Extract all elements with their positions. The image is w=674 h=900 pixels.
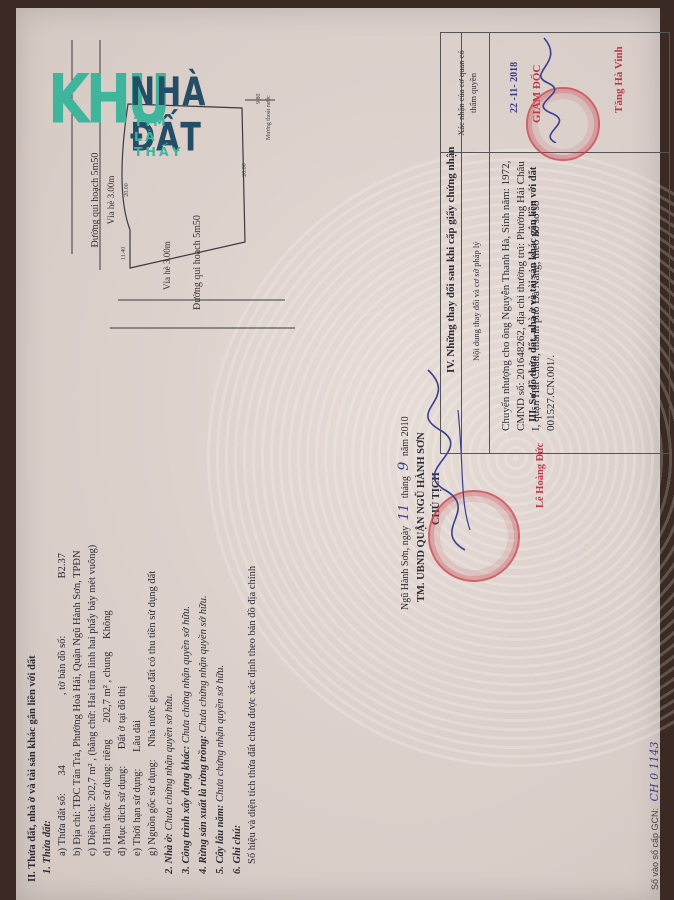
purpose-row: đ) Mục đích sử dụng: Đất ở tại đô thị: [116, 686, 131, 856]
svg-text:11.40: 11.40: [121, 247, 127, 260]
origin-row: g) Nguồn gốc sử dụng: Nhà nước giao đất …: [146, 571, 161, 856]
address-row: b) Địa chỉ: TĐC Tân Trà, Phường Hoà Hải,…: [71, 550, 86, 856]
registry-number: Số vào sổ cấp GCN: CH 0 1143: [648, 741, 661, 890]
svg-text:20.00: 20.00: [242, 163, 248, 177]
svg-text:Đường qui hoạch 5m50: Đường qui hoạch 5m50: [192, 215, 203, 310]
parcel-heading: 1. Thửa đất:: [41, 820, 56, 874]
term-row: e) Thời hạn sử dụng: Lâu dài: [131, 720, 146, 856]
parcel-sketch: 20.00 20.00 9.80 11.40 Mương thoát nước …: [70, 0, 330, 340]
column-content-header: Nội dung thay đổi và cơ sở pháp lý: [471, 242, 481, 361]
construction-row: 3. Công trình xây dựng khác: Chưa chứng …: [180, 606, 195, 874]
confirm-signature: [536, 33, 576, 143]
svg-text:9.80: 9.80: [256, 94, 262, 105]
parcel-number-row: a) Thửa đất số: 34 , tờ bản đồ số: B2.37: [56, 553, 71, 856]
logo-tagline: TÌM LÀ THẤY: [134, 114, 184, 159]
column-confirm-header: Xác nhận của cơ quan có thẩm quyền: [455, 43, 479, 143]
section-iv-heading: IV. Những thay đổi sau khi cấp giấy chứn…: [445, 147, 457, 373]
address-value: TĐC Tân Trà, Phường Hoà Hải, Quận Ngũ Hà…: [72, 550, 83, 808]
sign-day: 11: [397, 504, 412, 521]
svg-text:Vỉa hè 3.00m: Vỉa hè 3.00m: [162, 241, 172, 290]
area-row: c) Diện tích: 202,7 m² , (bằng chữ: Hai …: [86, 545, 101, 856]
sign-year: 2010: [400, 416, 411, 436]
perennial-row: 5. Cây lâu năm: Chưa chứng nhận quyền sở…: [214, 665, 229, 874]
parcel-number: 34: [56, 750, 71, 790]
change-content: Chuyển nhượng cho ông Nguyễn Thanh Hà, S…: [499, 161, 559, 431]
use-form-row: d) Hình thức sử dụng: riêng 202,7 m² , c…: [101, 610, 116, 856]
section-iv-table: IV. Những thay đổi sau khi cấp giấy chứn…: [440, 32, 670, 454]
map-sheet-number: B2.37: [56, 553, 71, 633]
notes-text: Số hiệu và diện tích thửa đất chưa được …: [246, 566, 261, 864]
place-date: Ngũ Hành Sơn, ngày 11 tháng 9 năm 2010: [396, 416, 412, 610]
svg-text:Vỉa hè 3.00m: Vỉa hè 3.00m: [106, 176, 116, 225]
svg-text:Đường qui hoạch 5m50: Đường qui hoạch 5m50: [90, 153, 101, 248]
forest-row: 4. Rừng sản xuất là rừng trồng: Chưa chứ…: [197, 595, 212, 874]
area-value: 202,7: [87, 777, 98, 801]
confirm-date: 22 -11- 2018: [509, 62, 520, 113]
svg-text:Mương thoát nước: Mương thoát nước: [266, 95, 272, 140]
sign-month: 9: [396, 462, 412, 471]
svg-text:20.00: 20.00: [124, 183, 130, 197]
confirm-signer: Tăng Hà Vinh: [613, 46, 625, 113]
notes-heading: 6. Ghi chú:: [231, 825, 246, 874]
section-ii-heading: II. Thửa đất, nhà ở và tài sản khác gắn …: [26, 655, 41, 882]
house-row: 2. Nhà ở: Chưa chứng nhận quyền sở hữu.: [163, 693, 178, 874]
